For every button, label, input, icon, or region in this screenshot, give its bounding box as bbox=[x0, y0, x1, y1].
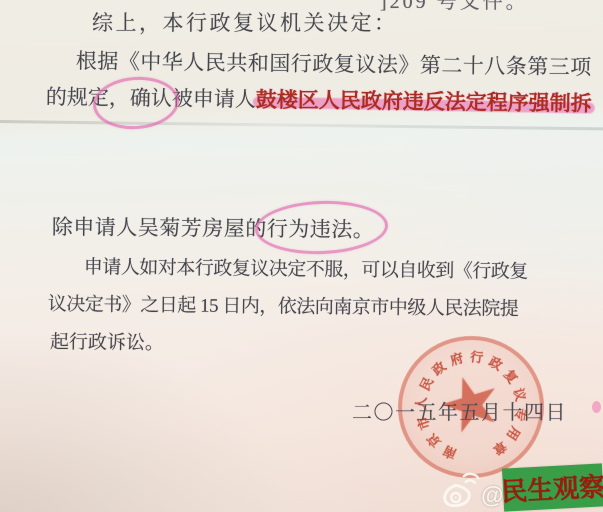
decision-mid: 被申请人 bbox=[172, 87, 256, 112]
line-appeal-1: 申请人如对本行政复议决定不服，可以自收到《行政复 bbox=[84, 252, 528, 284]
decision-violation-text-label: 鼓楼区人民政府违反法定程序强制拆 bbox=[256, 88, 592, 116]
watermark-label: 民生观察 bbox=[500, 466, 603, 508]
line-legal-basis: 根据《中华人民共和国行政复议法》第二十八条第三项 bbox=[76, 45, 592, 81]
decision2-lead: 除申请人吴菊芳房屋的 bbox=[52, 215, 267, 241]
line-appeal-3: 起行政诉讼。 bbox=[50, 327, 164, 355]
pink-ink-mark bbox=[592, 401, 601, 413]
seal-ring-char: 复 bbox=[500, 365, 523, 387]
decision-date: 二〇一五年五月十四日 bbox=[352, 396, 567, 425]
line-summary: 综上，本行政复议机关决定： bbox=[92, 7, 398, 37]
seal-ring-char: 京 bbox=[422, 430, 445, 452]
watermark-badge: 民生观察 bbox=[502, 463, 603, 511]
annotation-circle-violation bbox=[254, 199, 389, 257]
document-photo: ]209 号文件。 综上，本行政复议机关决定： 根据《中华人民共和国行政复议法》… bbox=[0, 0, 603, 512]
line-appeal-2: 议决定书》之日起 15 日内，依法向南京市中级人民法院提 bbox=[48, 289, 519, 321]
doc-number-fragment: ]209 号文件。 bbox=[380, 0, 529, 14]
page-seam bbox=[0, 120, 603, 131]
weibo-icon bbox=[435, 470, 484, 512]
decision-violation-text: 鼓楼区人民政府违反法定程序强制拆 bbox=[256, 88, 592, 116]
seal-ring-char: 章 bbox=[489, 437, 511, 460]
